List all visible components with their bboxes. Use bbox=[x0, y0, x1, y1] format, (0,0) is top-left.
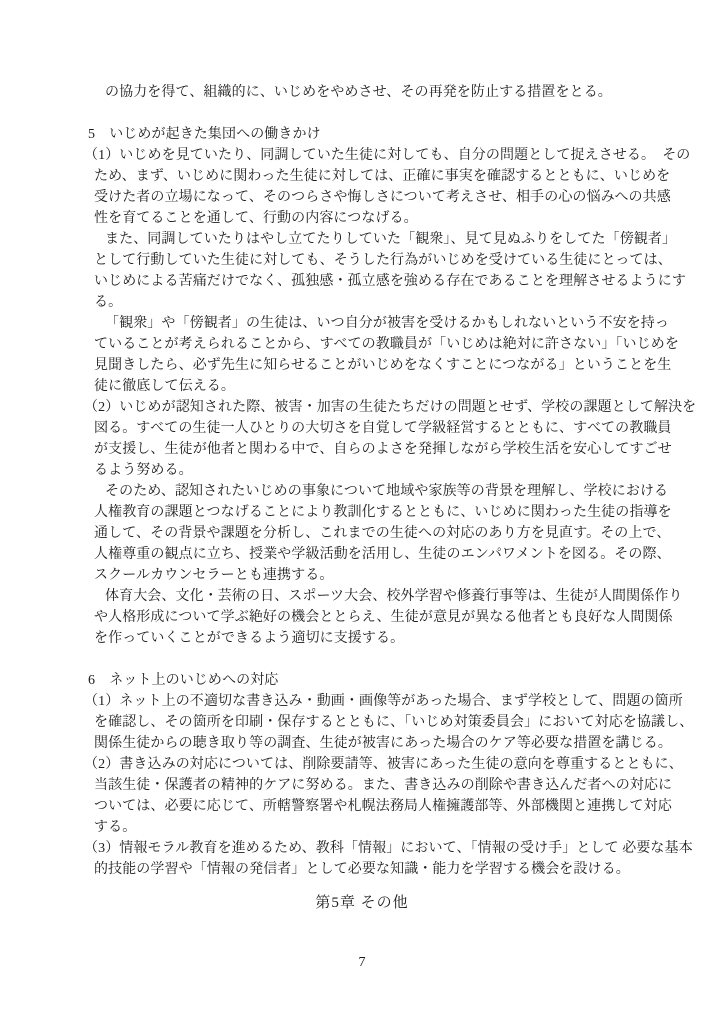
text-line: 見聞きしたら、必ず先生に知らせることがいじめをなくすことにつながる」ということを… bbox=[84, 355, 650, 376]
text-line: 6 ネット上のいじめへの対応 bbox=[84, 670, 650, 691]
text-line: 性を育てることを通して、行動の内容につなげる。 bbox=[84, 208, 650, 229]
text-line: （1）ネット上の不適切な書き込み・動画・画像等があった場合、まず学校として、問題… bbox=[84, 691, 650, 712]
blank-line bbox=[84, 103, 650, 124]
text-line: 徒に徹底して伝える。 bbox=[84, 376, 650, 397]
text-line: 人権教育の課題とつなげることにより教訓化するとともに、いじめに関わった生徒の指導… bbox=[84, 502, 650, 523]
text-line: や人格形成について学ぶ絶好の機会ととらえ、生徒が意見が異なる他者とも良好な人間関… bbox=[84, 607, 650, 628]
chapter-heading: 第5章 その他 bbox=[0, 893, 724, 914]
text-line: として行動していた生徒に対しても、そうした行為がいじめを受けている生徒にとっては… bbox=[84, 250, 650, 271]
text-line: 図る。すべての生徒一人ひとりの大切さを自覚して学級経営するとともに、すべての教職… bbox=[84, 418, 650, 439]
text-line: （2）いじめが認知された際、被害・加害の生徒たちだけの問題とせず、学校の課題とし… bbox=[84, 397, 650, 418]
text-line: 関係生徒からの聴き取り等の調査、生徒が被害にあった場合のケア等必要な措置を講じる… bbox=[84, 733, 650, 754]
text-line: 人権尊重の観点に立ち、授業や学級活動を活用し、生徒のエンパワメントを図る。その際… bbox=[84, 544, 650, 565]
text-line: ため、まず、いじめに関わった生徒に対しては、正確に事実を確認するとともに、いじめ… bbox=[84, 166, 650, 187]
text-line: （1）いじめを見ていたり、同調していた生徒に対しても、自分の問題として捉えさせる… bbox=[84, 145, 650, 166]
text-line: 的技能の学習や「情報の発信者」として必要な知識・能力を学習する機会を設ける。 bbox=[84, 859, 650, 880]
text-line: また、同調していたりはやし立てたりしていた「観衆」、見て見ぬふりをしてた「傍観者… bbox=[84, 229, 650, 250]
text-line: るよう努める。 bbox=[84, 460, 650, 481]
text-line: 受けた者の立場になって、そのつらさや悔しさについて考えさせ、相手の心の悩みへの共… bbox=[84, 187, 650, 208]
text-line: 通して、その背景や課題を分析し、これまでの生徒への対応のあり方を見直す。その上で… bbox=[84, 523, 650, 544]
text-line: 当該生徒・保護者の精神的ケアに努める。また、書き込みの削除や書き込んだ者への対応… bbox=[84, 775, 650, 796]
text-line: を作っていくことができるよう適切に支援する。 bbox=[84, 628, 650, 649]
text-line: 体育大会、文化・芸術の日、スポーツ大会、校外学習や修養行事等は、生徒が人間関係作… bbox=[84, 586, 650, 607]
text-line: の協力を得て、組織的に、いじめをやめさせ、その再発を防止する措置をとる。 bbox=[84, 82, 650, 103]
text-line: を確認し、その箇所を印刷・保存するとともに、「いじめ対策委員会」において対応を協… bbox=[84, 712, 650, 733]
text-line: する。 bbox=[84, 817, 650, 838]
text-line: 5 いじめが起きた集団への働きかけ bbox=[84, 124, 650, 145]
text-line: が支援し、生徒が他者と関わる中で、自らのよさを発揮しながら学校生活を安心してすご… bbox=[84, 439, 650, 460]
text-line: ていることが考えられることから、すべての教職員が「いじめは絶対に許さない」「いじ… bbox=[84, 334, 650, 355]
text-line: いじめによる苦痛だけでなく、孤独感・孤立感を強める存在であることを理解させるよう… bbox=[84, 271, 650, 292]
text-line: ついては、必要に応じて、所轄警察署や札幌法務局人権擁護部等、外部機関と連携して対… bbox=[84, 796, 650, 817]
text-line: スクールカウンセラーとも連携する。 bbox=[84, 565, 650, 586]
text-line: 「観衆」や「傍観者」の生徒は、いつ自分が被害を受けるかもしれないという不安を持っ bbox=[84, 313, 650, 334]
text-line: そのため、認知されたいじめの事象について地域や家族等の背景を理解し、学校における bbox=[84, 481, 650, 502]
document-body: の協力を得て、組織的に、いじめをやめさせ、その再発を防止する措置をとる。5 いじ… bbox=[84, 82, 650, 880]
text-line: る。 bbox=[84, 292, 650, 313]
page-number: 7 bbox=[0, 952, 724, 973]
document-page: の協力を得て、組織的に、いじめをやめさせ、その再発を防止する措置をとる。5 いじ… bbox=[0, 0, 724, 1024]
text-line: （2）書き込みの対応については、削除要請等、被害にあった生徒の意向を尊重するとと… bbox=[84, 754, 650, 775]
text-line: （3）情報モラル教育を進めるため、教科「情報」において、「情報の受け手」として … bbox=[84, 838, 650, 859]
blank-line bbox=[84, 649, 650, 670]
